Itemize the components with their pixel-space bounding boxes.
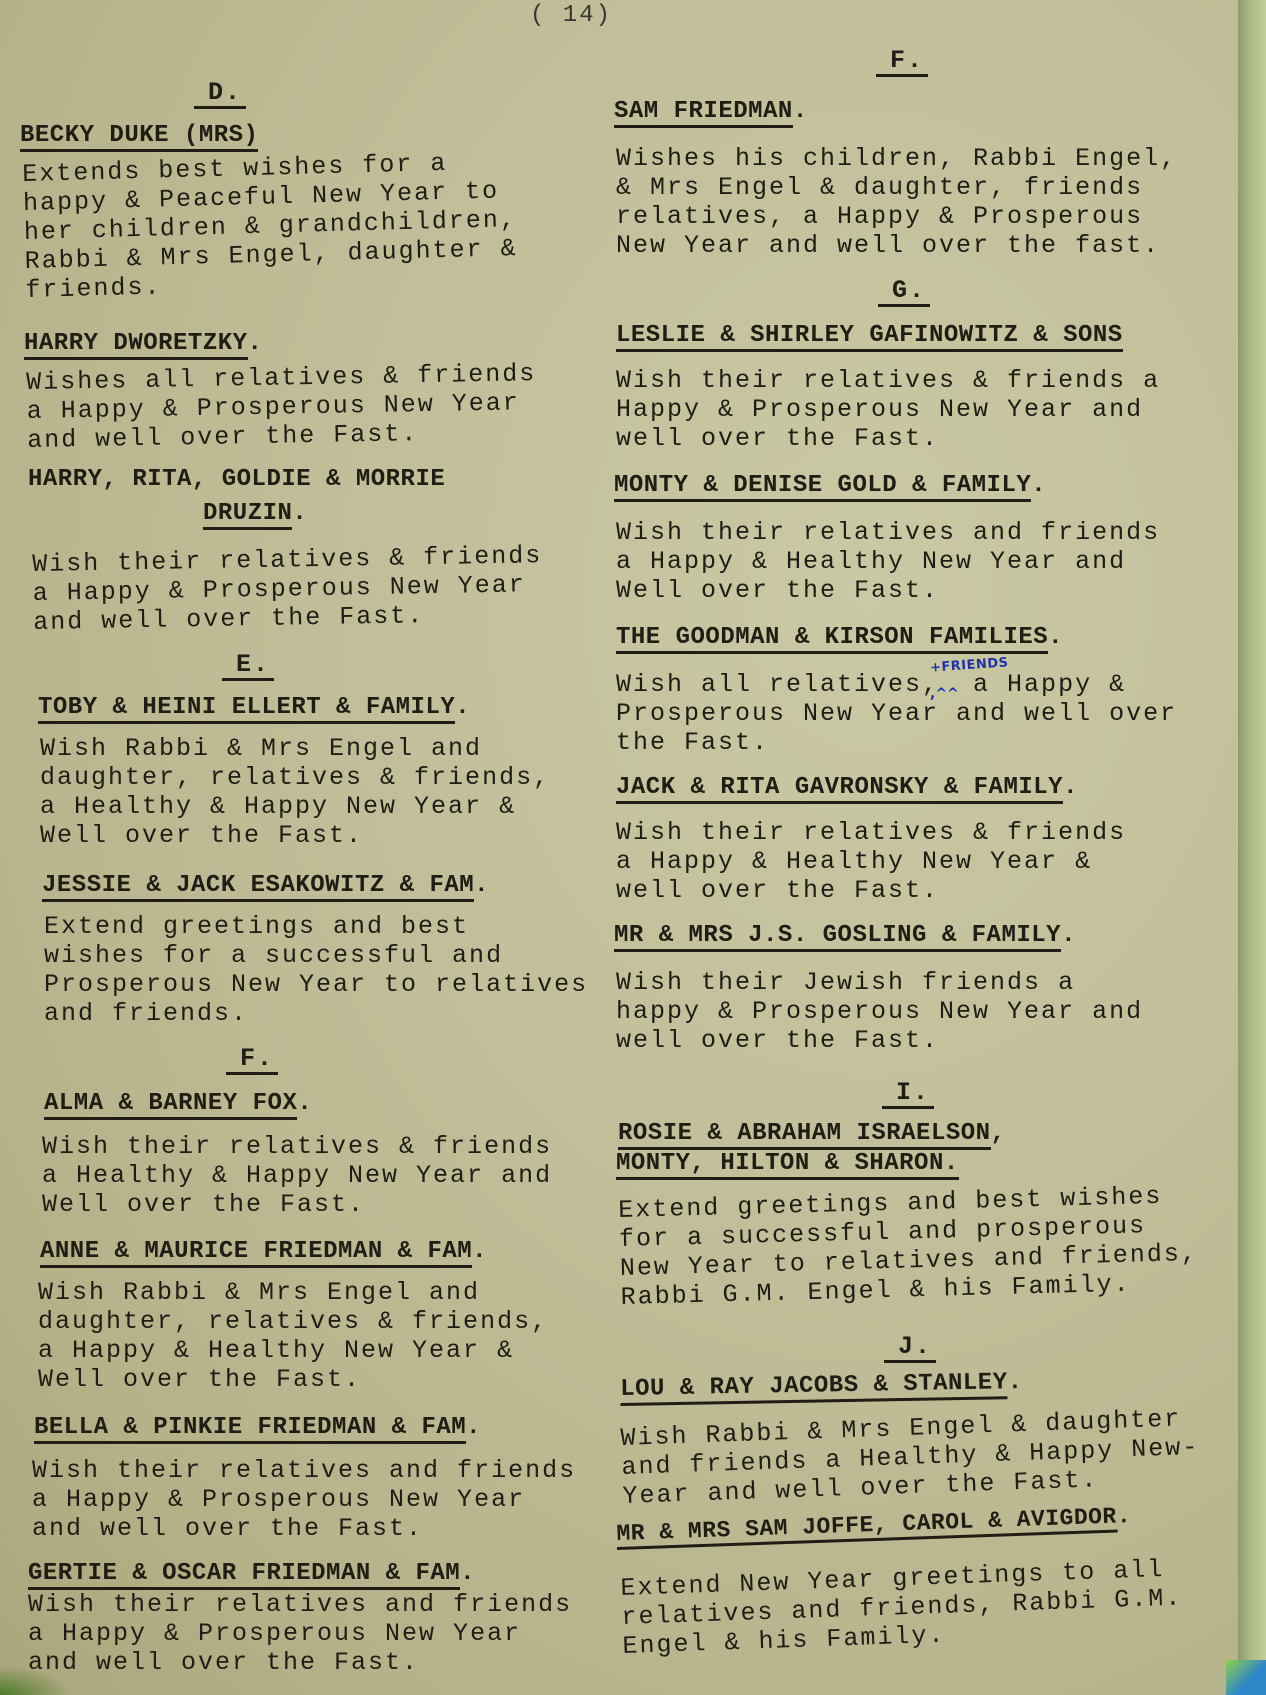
- entry-message: Wish their relatives & friendsa Happy & …: [616, 818, 1126, 905]
- page-number: ( 14): [530, 2, 612, 29]
- entry-name: ANNE & MAURICE FRIEDMAN & FAM.: [40, 1238, 487, 1266]
- entry-message: Extends best wishes for ahappy & Peacefu…: [22, 147, 519, 305]
- entry-message: Wish their relatives & friendsa Happy & …: [32, 541, 544, 637]
- entry-name: ALMA & BARNEY FOX.: [44, 1090, 312, 1118]
- entry-message: Extend greetings and best wishesfor a su…: [618, 1181, 1199, 1312]
- section-letter-f: F.: [876, 48, 928, 77]
- page-edge: [1238, 0, 1266, 1695]
- entry-name: THE GOODMAN & KIRSON FAMILIES.: [616, 624, 1063, 652]
- entry-name-line: HARRY, RITA, GOLDIE & MORRIE: [28, 466, 445, 494]
- entry-message: Wish their relatives & friendsa Healthy …: [42, 1132, 552, 1219]
- entry-name: SAM FRIEDMAN.: [614, 98, 808, 126]
- entry-name: JACK & RITA GAVRONSKY & FAMILY.: [616, 774, 1078, 802]
- entry-message: Wish their relatives & friends aHappy & …: [616, 366, 1160, 453]
- entry-message: Wish their relatives and friendsa Happy …: [28, 1590, 572, 1677]
- entry-message: Wish all relatives, a Happy &Prosperous …: [616, 670, 1177, 757]
- entry-message: Wish Rabbi & Mrs Engel anddaughter, rela…: [40, 734, 550, 850]
- entry-message: Wish their Jewish friends ahappy & Prosp…: [616, 968, 1143, 1055]
- insertion-caret: ,^^: [930, 686, 959, 702]
- entry-name: BECKY DUKE (MRS): [20, 122, 258, 150]
- entry-name: MONTY, HILTON & SHARON.: [616, 1150, 959, 1178]
- entry-name: HARRY DWORETZKY.: [24, 330, 262, 358]
- entry-name: MR & MRS J.S. GOSLING & FAMILY.: [614, 922, 1076, 950]
- entry-name: MONTY & DENISE GOLD & FAMILY.: [614, 472, 1046, 500]
- background-corner: [1226, 1660, 1266, 1695]
- section-letter-f: F.: [226, 1046, 278, 1075]
- entry-message: Wish their relatives and friendsa Happy …: [616, 518, 1160, 605]
- entry-name: JESSIE & JACK ESAKOWITZ & FAM.: [42, 872, 489, 900]
- entry-name: GERTIE & OSCAR FRIEDMAN & FAM.: [28, 1560, 475, 1588]
- section-letter-e: E.: [222, 652, 274, 681]
- entry-name: DRUZIN.: [203, 500, 307, 528]
- entry-name: LESLIE & SHIRLEY GAFINOWITZ & SONS: [616, 322, 1123, 350]
- entry-message: Wish Rabbi & Mrs Engel anddaughter, rela…: [38, 1278, 548, 1394]
- entry-name: LOU & RAY JACOBS & STANLEY.: [620, 1369, 1023, 1404]
- entry-name-line: ROSIE & ABRAHAM ISRAELSON,: [618, 1120, 1005, 1148]
- section-letter-j: J.: [884, 1334, 936, 1363]
- section-letter-d: D.: [194, 80, 246, 109]
- entry-name: BELLA & PINKIE FRIEDMAN & FAM.: [34, 1414, 481, 1442]
- section-letter-g: G.: [878, 278, 930, 307]
- entry-name: TOBY & HEINI ELLERT & FAMILY.: [38, 694, 470, 722]
- entry-message: Wish their relatives and friendsa Happy …: [32, 1456, 576, 1543]
- entry-message: Wishes his children, Rabbi Engel,& Mrs E…: [616, 144, 1177, 260]
- section-letter-i: I.: [882, 1080, 934, 1109]
- entry-message: Extend greetings and bestwishes for a su…: [44, 912, 588, 1028]
- entry-message: Wishes all relatives & friendsa Happy & …: [26, 359, 538, 455]
